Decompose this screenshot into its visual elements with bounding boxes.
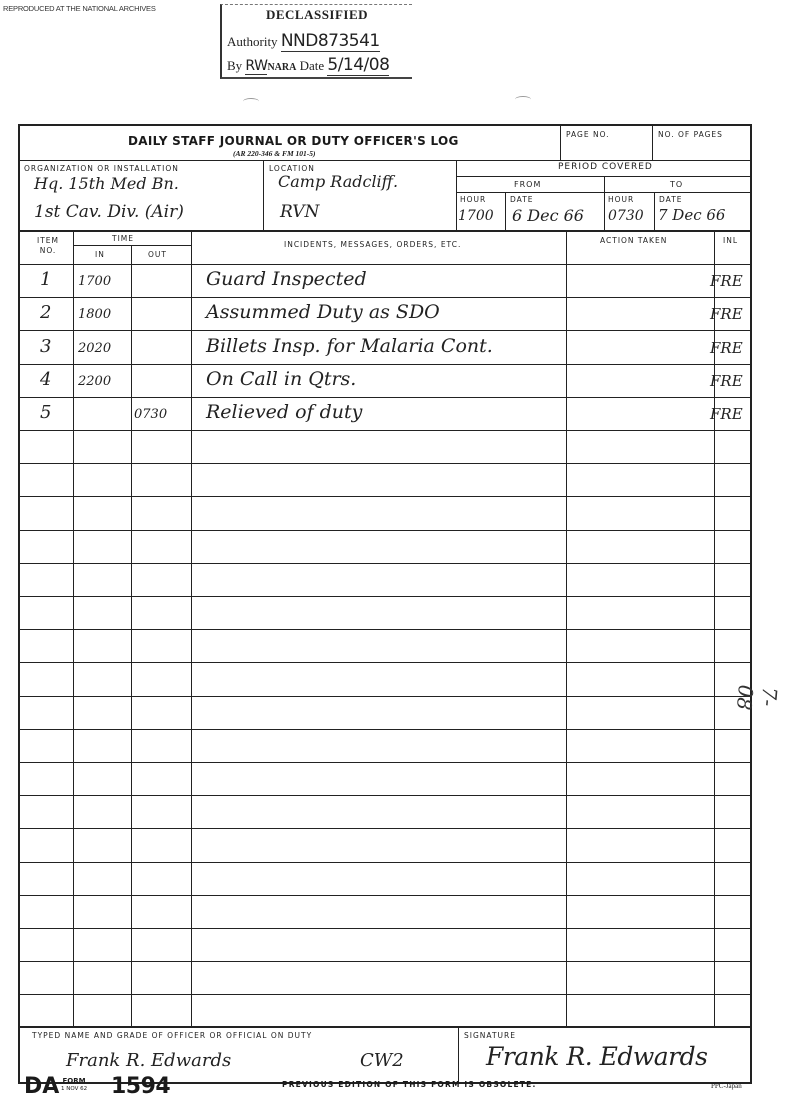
initials-cell[interactable]: FRE [710,372,743,390]
incident-cell[interactable]: Billets Insp. for Malaria Cont. [206,335,493,357]
table-row-divider [20,297,750,298]
table-row-divider [20,762,750,763]
typed-name-label: TYPED NAME AND GRADE OF OFFICER OR OFFIC… [32,1031,312,1040]
table-row-divider [20,994,750,995]
to-label: TO [670,180,683,189]
table-row-divider [20,961,750,962]
location-line1[interactable]: Camp Radcliff. [278,172,398,191]
stamp-by-row: By RWNARA Date 5/14/08 [227,55,389,75]
form-word: FORM [61,1077,87,1085]
to-date-label: DATE [659,195,683,204]
from-hour-label: HOUR [460,195,486,204]
initials-cell[interactable]: FRE [710,272,743,290]
table-row-divider [20,928,750,929]
table-row-divider [20,696,750,697]
table-row-divider [20,364,750,365]
time-header: TIME [112,234,134,243]
period-covered-label: PERIOD COVERED [558,162,653,172]
table-row-divider [20,795,750,796]
punch-mark-left [243,98,259,105]
stamp-authority-row: Authority NND873541 [227,31,380,51]
from-date-label: DATE [510,195,534,204]
item-no-cell[interactable]: 3 [40,336,51,357]
duty-log-form: DAILY STAFF JOURNAL OR DUTY OFFICER'S LO… [18,124,752,1084]
organization-label: ORGANIZATION OR INSTALLATION [24,164,179,173]
stamp-by-label: By [227,58,242,73]
time-in-cell[interactable]: 2200 [78,374,111,389]
from-hour-field[interactable]: 1700 [458,208,494,224]
organization-line2[interactable]: 1st Cav. Div. (Air) [34,202,184,222]
no-of-pages-label: NO. OF PAGES [658,130,723,139]
form-subtitle: (AR 220-346 & FM 101-5) [233,149,316,158]
time-in-header: IN [95,250,105,259]
obsolete-note: PREVIOUS EDITION OF THIS FORM IS OBSOLET… [282,1080,537,1089]
stamp-nara-label: NARA [267,62,296,73]
page-no-label: PAGE NO. [566,130,610,139]
table-row-divider [20,629,750,630]
time-in-cell[interactable]: 2020 [78,341,111,356]
table-column-divider [191,230,192,1026]
to-date-field[interactable]: 7 Dec 66 [658,206,725,224]
signature-label: SIGNATURE [464,1031,516,1040]
organization-line1[interactable]: Hq. 15th Med Bn. [34,174,179,193]
printer-mark: PPC-Japan [711,1082,742,1090]
table-row-divider [20,264,750,265]
table-row-divider [20,463,750,464]
margin-note: 7-08 [732,684,782,714]
table-column-divider [566,230,567,1026]
action-taken-header: ACTION TAKEN [600,236,667,245]
grade-field[interactable]: CW2 [360,1050,404,1071]
table-row-divider [20,662,750,663]
initials-cell[interactable]: FRE [710,305,743,323]
table-row-divider [20,895,750,896]
typed-name-field[interactable]: Frank R. Edwards [66,1050,231,1071]
item-no-cell[interactable]: 4 [40,369,51,390]
table-column-divider [73,230,74,1026]
form-number: 1594 [111,1074,170,1099]
stamp-authority-value: NND873541 [281,31,380,52]
form-title: DAILY STAFF JOURNAL OR DUTY OFFICER'S LO… [128,134,459,148]
to-hour-label: HOUR [608,195,634,204]
table-row-divider [20,397,750,398]
from-date-field[interactable]: 6 Dec 66 [512,206,584,225]
time-in-cell[interactable]: 1800 [78,307,111,322]
punch-mark-right [515,96,531,103]
incident-cell[interactable]: Relieved of duty [206,401,362,423]
time-out-header: OUT [148,250,167,259]
from-label: FROM [514,180,541,189]
stamp-by-value: RW [245,58,267,75]
item-no-cell[interactable]: 5 [40,402,51,423]
table-row-divider [20,563,750,564]
time-in-cell[interactable]: 1700 [78,274,111,289]
stamp-date-label: Date [300,58,325,73]
initials-cell[interactable]: FRE [710,405,743,423]
table-row-divider [20,530,750,531]
stamp-date-value: 5/14/08 [327,55,389,76]
initials-cell[interactable]: FRE [710,339,743,357]
incidents-header: INCIDENTS, MESSAGES, ORDERS, ETC. [284,240,461,249]
table-row-divider [20,729,750,730]
table-row-divider [20,496,750,497]
signature-field[interactable]: Frank R. Edwards [486,1042,707,1071]
table-row-divider [20,828,750,829]
incident-cell[interactable]: Assummed Duty as SDO [206,301,440,323]
item-no-cell[interactable]: 1 [40,269,51,290]
archive-note: REPRODUCED AT THE NATIONAL ARCHIVES [3,4,156,13]
location-line2[interactable]: RVN [280,202,319,222]
incident-cell[interactable]: Guard Inspected [206,268,367,290]
item-no-header: ITEM NO. [30,236,66,256]
stamp-title: DECLASSIFIED [222,7,412,23]
inl-header: INL [723,236,738,245]
table-row-divider [20,862,750,863]
stamp-authority-label: Authority [227,34,278,49]
time-out-cell[interactable]: 0730 [134,407,167,422]
table-column-divider [131,245,132,1026]
form-edition: FORM 1 NOV 62 [61,1077,87,1093]
incident-cell[interactable]: On Call in Qtrs. [206,368,356,390]
item-no-cell[interactable]: 2 [40,302,51,323]
to-hour-field[interactable]: 0730 [608,208,644,224]
form-date: 1 NOV 62 [61,1085,87,1093]
table-row-divider [20,330,750,331]
table-row-divider [20,430,750,431]
declassified-stamp: DECLASSIFIED Authority NND873541 By RWNA… [220,4,412,79]
table-row-divider [20,596,750,597]
form-prefix: DA [24,1074,59,1099]
